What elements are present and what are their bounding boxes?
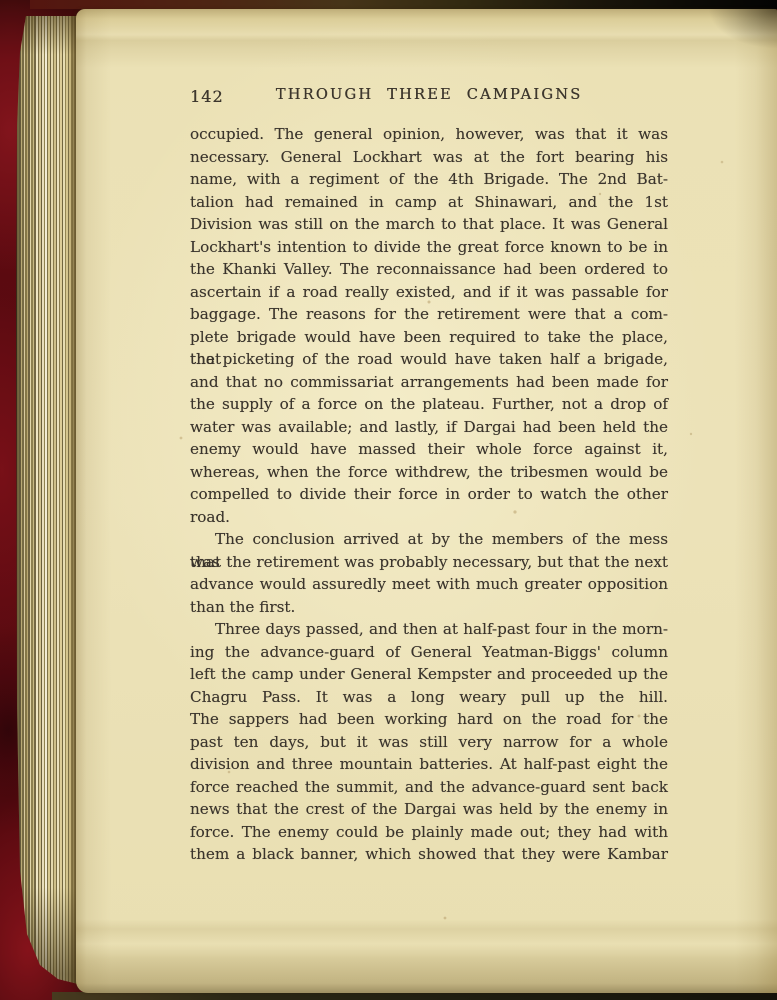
text-line: the supply of a force on the plateau. Fu…: [190, 393, 668, 416]
text-line: advance would assuredly meet with much g…: [190, 573, 668, 596]
running-header: THROUGH THREE CAMPAIGNS: [190, 86, 668, 103]
paper-speckles: [76, 9, 78, 11]
text-line: enemy would have massed their whole forc…: [190, 438, 668, 461]
text-line: occupied. The general opinion, however, …: [190, 123, 668, 146]
text-line: them a black banner, which showed that t…: [190, 843, 668, 866]
text-line: road.: [190, 506, 668, 529]
text-line: name, with a regiment of the 4th Brigade…: [190, 168, 668, 191]
book-photo: 142 THROUGH THREE CAMPAIGNS occupied. Th…: [0, 0, 777, 1000]
text-line: news that the crest of the Dargai was he…: [190, 798, 668, 821]
text-line: ing the advance-guard of General Yeatman…: [190, 641, 668, 664]
text-line: and that no commissariat arrangements ha…: [190, 371, 668, 394]
book-page: 142 THROUGH THREE CAMPAIGNS occupied. Th…: [76, 9, 777, 993]
text-line: The sappers had been working hard on the…: [190, 708, 668, 731]
text-line: The conclusion arrived at by the members…: [190, 528, 668, 551]
text-line: left the camp under General Kempster and…: [190, 663, 668, 686]
text-line: division and three mountain batteries. A…: [190, 753, 668, 776]
text-line: Chagru Pass. It was a long weary pull up…: [190, 686, 668, 709]
text-line: talion had remained in camp at Shinawari…: [190, 191, 668, 214]
text-line: than the first.: [190, 596, 668, 619]
page-edges-stack: [16, 16, 78, 984]
page-text: occupied. The general opinion, however, …: [190, 123, 668, 866]
text-line: Division was still on the march to that …: [190, 213, 668, 236]
text-line: Lockhart's intention to divide the great…: [190, 236, 668, 259]
text-line: plete brigade would have been required t…: [190, 326, 668, 349]
paragraph: The conclusion arrived at by the members…: [190, 528, 668, 618]
text-line: ascertain if a road really existed, and …: [190, 281, 668, 304]
text-line: force. The enemy could be plainly made o…: [190, 821, 668, 844]
text-line: the picketing of the road would have tak…: [190, 348, 668, 371]
text-line: compelled to divide their force in order…: [190, 483, 668, 506]
text-line: baggage. The reasons for the retirement …: [190, 303, 668, 326]
book-top-edge-strip: [30, 0, 777, 9]
page-number: 142: [190, 87, 224, 106]
text-line: the Khanki Valley. The reconnaissance ha…: [190, 258, 668, 281]
page-header: 142 THROUGH THREE CAMPAIGNS: [190, 86, 668, 106]
text-line: necessary. General Lockhart was at the f…: [190, 146, 668, 169]
text-line: Three days passed, and then at half-past…: [190, 618, 668, 641]
text-line: water was available; and lastly, if Darg…: [190, 416, 668, 439]
text-line: past ten days, but it was still very nar…: [190, 731, 668, 754]
paragraph: Three days passed, and then at half-past…: [190, 618, 668, 866]
text-line: force reached the summit, and the advanc…: [190, 776, 668, 799]
text-line: whereas, when the force withdrew, the tr…: [190, 461, 668, 484]
text-line: that the retirement was probably necessa…: [190, 551, 668, 574]
book-bottom-edge-strip: [52, 992, 777, 1000]
paragraph: occupied. The general opinion, however, …: [190, 123, 668, 528]
